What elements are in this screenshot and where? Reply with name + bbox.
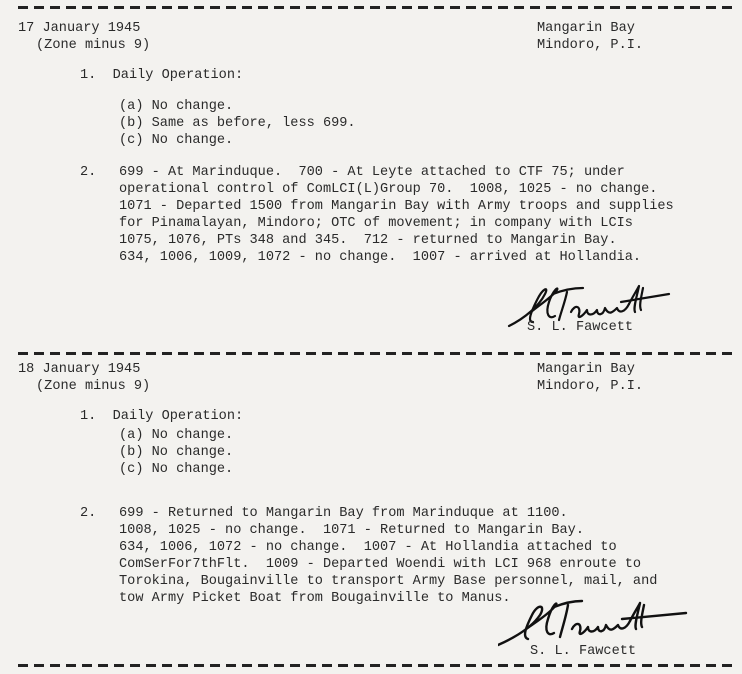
entry-zone: (Zone minus 9) <box>36 379 150 396</box>
item-1-heading: 1. Daily Operation: <box>80 409 243 426</box>
item-2-line: 699 - At Marinduque. 700 - At Leyte atta… <box>119 165 625 182</box>
divider-middle <box>18 352 734 355</box>
item-2-number: 2. <box>80 165 96 182</box>
divider-bottom <box>18 664 734 667</box>
item-2-line: 1071 - Departed 1500 from Mangarin Bay w… <box>119 199 674 216</box>
subitem-b: (b) Same as before, less 699. <box>119 116 356 133</box>
subitem-c: (c) No change. <box>119 462 233 479</box>
location-line-2: Mindoro, P.I. <box>537 38 643 55</box>
item-2-line: 634, 1006, 1009, 1072 - no change. 1007 … <box>119 250 641 267</box>
signature-name: S. L. Fawcett <box>527 320 633 337</box>
location-line-1: Mangarin Bay <box>537 21 635 38</box>
subitem-a: (a) No change. <box>119 99 233 116</box>
item-2-line: 1075, 1076, PTs 348 and 345. 712 - retur… <box>119 233 617 250</box>
item-1-heading: 1. Daily Operation: <box>80 68 243 85</box>
entry-date: 18 January 1945 <box>18 362 140 379</box>
item-2-line: 1008, 1025 - no change. 1071 - Returned … <box>119 523 584 540</box>
entry-date: 17 January 1945 <box>18 21 140 38</box>
item-2-line: ComSerFor7thFlt. 1009 - Departed Woendi … <box>119 557 641 574</box>
divider-top <box>18 6 734 9</box>
item-2-line: operational control of ComLCI(L)Group 70… <box>119 182 657 199</box>
location-line-1: Mangarin Bay <box>537 362 635 379</box>
item-2-line: for Pinamalayan, Mindoro; OTC of movemen… <box>119 216 633 233</box>
item-2-line: tow Army Picket Boat from Bougainville t… <box>119 591 511 608</box>
location-line-2: Mindoro, P.I. <box>537 379 643 396</box>
subitem-a: (a) No change. <box>119 428 233 445</box>
subitem-c: (c) No change. <box>119 133 233 150</box>
subitem-b: (b) No change. <box>119 445 233 462</box>
signature-name: S. L. Fawcett <box>530 644 636 661</box>
item-2-line: Torokina, Bougainville to transport Army… <box>119 574 657 591</box>
item-2-line: 699 - Returned to Mangarin Bay from Mari… <box>119 506 568 523</box>
item-2-number: 2. <box>80 506 96 523</box>
entry-zone: (Zone minus 9) <box>36 38 150 55</box>
item-2-line: 634, 1006, 1072 - no change. 1007 - At H… <box>119 540 617 557</box>
